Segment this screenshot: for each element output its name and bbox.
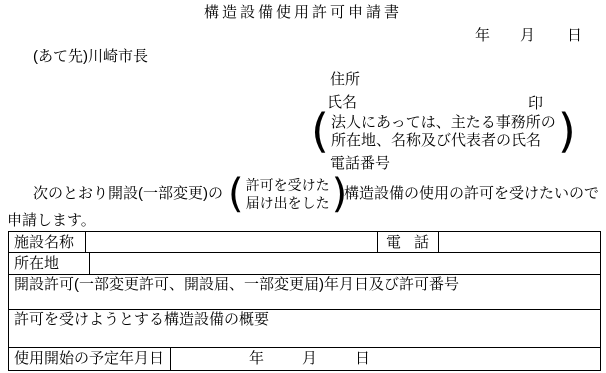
phone-label-cell: 電話 — [377, 232, 438, 252]
close-paren-glyph: ) — [558, 108, 576, 154]
header-date-year-label: 年 — [475, 28, 490, 43]
start-date-label: 使用開始の予定年月日 — [9, 348, 170, 370]
sentence-prefix: 次のとおり開設(一部変更)の — [33, 186, 223, 201]
permit-date-label: 開設許可(一部変更許可、開設届、一部変更届)年月日及び許可番号 — [9, 275, 600, 309]
location-label: 所在地 — [9, 253, 89, 274]
option-permitted: 許可を受けた — [246, 178, 330, 192]
option-bracket: ( 許可を受けた 届け出をした ) — [228, 173, 347, 215]
option-bracket-text: 許可を受けた 届け出をした — [244, 178, 332, 210]
table-row-facility: 施設名称 電話 — [9, 232, 600, 252]
table-row-equipment-summary: 許可を受けようとする構造設備の概要 — [9, 309, 600, 347]
corporate-note-bracket: ( 法人にあっては、主たる事務所の 所在地、名称及び代表者の氏名 ) — [311, 109, 576, 153]
start-date-value-cell: 年 月 日 — [170, 348, 600, 370]
header-date-day-label: 日 — [567, 28, 582, 43]
facility-name-value-cell — [85, 232, 377, 252]
location-value-cell — [89, 253, 600, 274]
equipment-summary-label: 許可を受けようとする構造設備の概要 — [9, 310, 600, 347]
start-date-month-label: 月 — [302, 351, 317, 367]
facility-name-label: 施設名称 — [9, 232, 85, 252]
table-row-start-date: 使用開始の予定年月日 年 月 日 — [9, 347, 600, 370]
addressee: (あて先)川崎市長 — [33, 49, 148, 64]
corporate-note-text: 法人にあっては、主たる事務所の 所在地、名称及び代表者の氏名 — [329, 115, 558, 148]
form-title: 構造設備使用許可申請書 — [0, 5, 606, 20]
header-date-month-label: 月 — [520, 28, 535, 43]
application-table: 施設名称 電話 所在地 開設許可(一部変更許可、開設届、一部変更届)年月日及び許… — [8, 231, 601, 371]
phone-value-cell — [438, 232, 600, 252]
corporate-note-line1: 法人にあっては、主たる事務所の — [331, 115, 556, 130]
open-paren-glyph: ( — [228, 174, 244, 214]
corporate-note-line2: 所在地、名称及び代表者の氏名 — [331, 133, 556, 148]
table-row-location: 所在地 — [9, 252, 600, 274]
phone-number-label: 電話番号 — [330, 156, 390, 171]
start-date-day-label: 日 — [355, 351, 370, 367]
sentence-line2: 申請します。 — [7, 213, 96, 228]
open-paren-glyph: ( — [311, 108, 329, 154]
sentence-suffix: 構造設備の使用の許可を受けたいので — [344, 186, 599, 201]
name-label: 氏名 — [327, 95, 357, 110]
address-label: 住所 — [330, 72, 360, 87]
table-row-permit-date: 開設許可(一部変更許可、開設届、一部変更届)年月日及び許可番号 — [9, 274, 600, 309]
application-form-page: 構造設備使用許可申請書 年 月 日 (あて先)川崎市長 住所 氏名 印 ( 法人… — [0, 0, 606, 373]
start-date-year-label: 年 — [249, 351, 264, 367]
option-notified: 届け出をした — [246, 196, 330, 210]
